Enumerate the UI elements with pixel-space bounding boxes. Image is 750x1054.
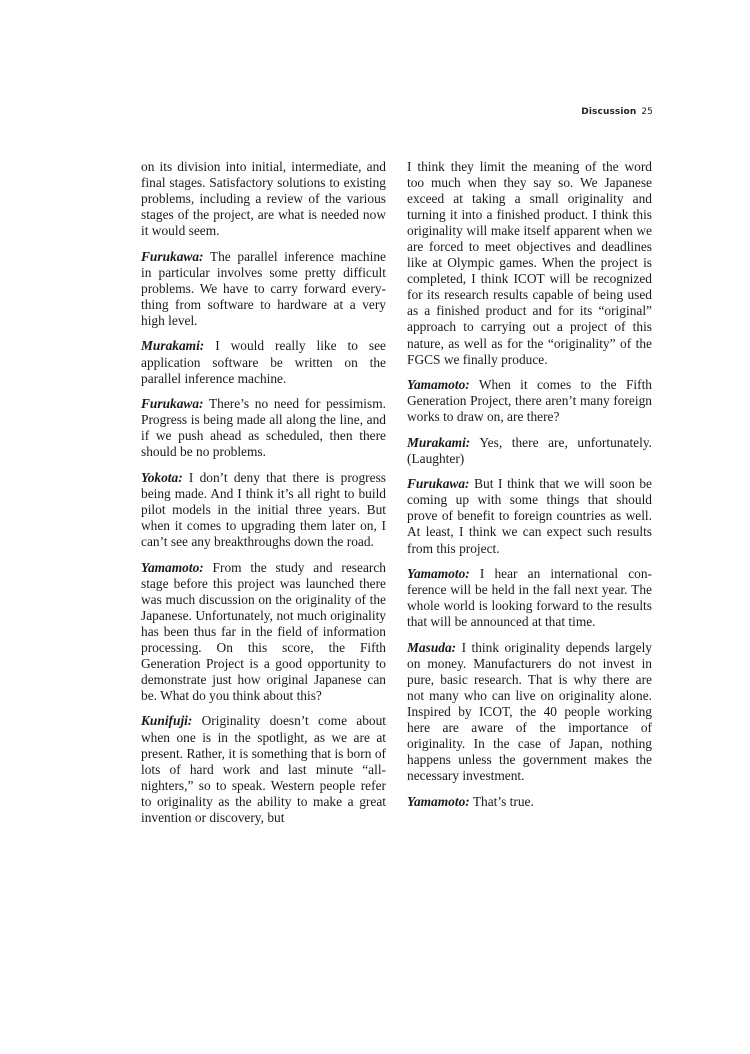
speaker-name: Yamamoto:: [407, 377, 470, 392]
page-number: 25: [641, 107, 653, 117]
speaker-name: Furukawa:: [141, 396, 204, 411]
paragraph-text: I think originality depends largely on m…: [407, 640, 652, 783]
speaker-name: Kunifuji:: [141, 713, 192, 728]
dialogue-paragraph: Yamamoto: I hear an international con­fe…: [407, 566, 652, 630]
paragraph-continuation: I think they limit the meaning of the wo…: [407, 159, 652, 368]
speaker-name: Murakami:: [141, 338, 204, 353]
dialogue-paragraph: Murakami: Yes, there are, unfortunately.…: [407, 435, 652, 467]
dialogue-paragraph: Kunifuji: Originality doesn’t come about…: [141, 713, 386, 825]
dialogue-paragraph: Masuda: I think originality depends larg…: [407, 640, 652, 784]
section-title: Discussion: [581, 107, 636, 117]
right-column: I think they limit the meaning of the wo…: [407, 159, 652, 819]
running-head: Discussion25: [560, 107, 653, 117]
dialogue-paragraph: Murakami: I would really like to see app…: [141, 338, 386, 386]
speaker-name: Masuda:: [407, 640, 456, 655]
paragraph-text: From the study and research stage before…: [141, 560, 386, 703]
dialogue-paragraph: Furukawa: But I think that we will soon …: [407, 476, 652, 556]
left-column: on its division into initial, intermedia…: [141, 159, 386, 835]
speaker-name: Furukawa:: [141, 249, 204, 264]
dialogue-paragraph: Yokota: I don’t deny that there is progr…: [141, 470, 386, 550]
dialogue-paragraph: Yamamoto: That’s true.: [407, 794, 652, 810]
speaker-name: Murakami:: [407, 435, 470, 450]
paragraph-text: Originality doesn’t come about when one …: [141, 713, 386, 824]
dialogue-paragraph: Furukawa: The parallel inference machine…: [141, 249, 386, 329]
dialogue-paragraph: Furukawa: There’s no need for pessimism.…: [141, 396, 386, 460]
paragraph-text: That’s true.: [470, 794, 534, 809]
dialogue-paragraph: Yamamoto: From the study and research st…: [141, 560, 386, 704]
speaker-name: Yokota:: [141, 470, 183, 485]
paragraph-text: on its division into initial, intermedia…: [141, 159, 386, 238]
speaker-name: Yamamoto:: [141, 560, 204, 575]
dialogue-paragraph: Yamamoto: When it comes to the Fifth Gen…: [407, 377, 652, 425]
speaker-name: Yamamoto:: [407, 794, 470, 809]
speaker-name: Yamamoto:: [407, 566, 470, 581]
paragraph-continuation: on its division into initial, intermedia…: [141, 159, 386, 239]
speaker-name: Furukawa:: [407, 476, 470, 491]
paragraph-text: I think they limit the meaning of the wo…: [407, 159, 652, 367]
